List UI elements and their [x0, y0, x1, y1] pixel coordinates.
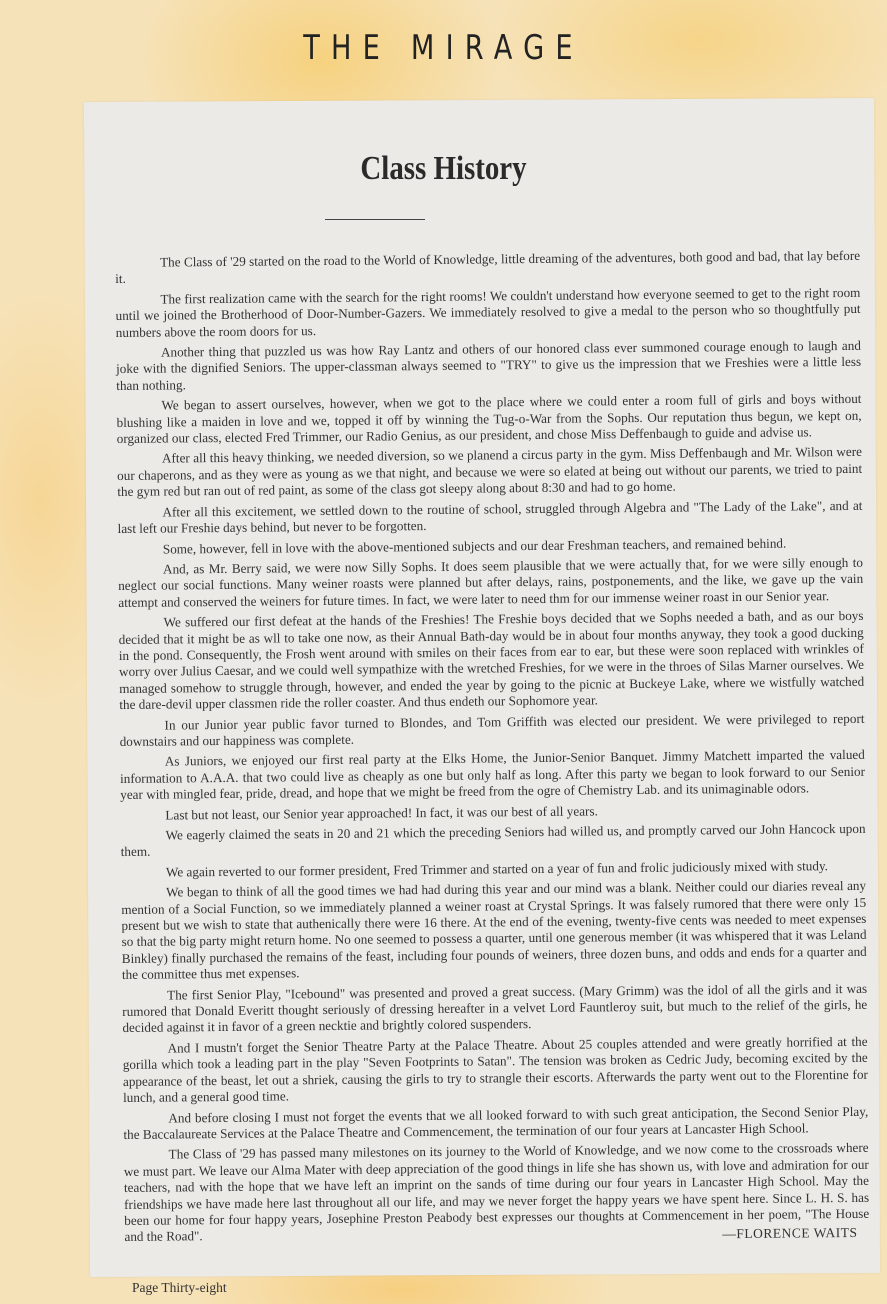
paragraph: Last but not least, our Senior year appr…	[120, 800, 865, 824]
paragraph: Another thing that puzzled us was how Ra…	[116, 338, 861, 394]
yearbook-header-title: THE MIRAGE	[89, 28, 799, 68]
title-divider	[325, 219, 423, 220]
paragraph: The Class of '29 started on the road to …	[115, 248, 860, 288]
paragraph: After all this excitement, we settled do…	[117, 498, 862, 538]
paragraph: The first realization came with the sear…	[115, 285, 860, 341]
paragraph: We began to think of all the good times …	[121, 878, 867, 984]
paragraph: The first Senior Play, "Icebound" was pr…	[122, 980, 867, 1036]
article-body: The Class of '29 started on the road to …	[115, 248, 869, 1248]
paragraph: We again reverted to our former presiden…	[121, 858, 866, 882]
paragraph: And I mustn't forget the Senior Theatre …	[123, 1034, 869, 1107]
paragraph: After all this heavy thinking, we needed…	[117, 444, 862, 500]
paragraph: Some, however, fell in love with the abo…	[118, 534, 863, 558]
paragraph: We suffered our first defeat at the hand…	[118, 608, 864, 714]
paragraph: We eagerly claimed the seats in 20 and 2…	[121, 821, 866, 861]
paragraph: As Juniors, we enjoyed our first real pa…	[120, 747, 865, 803]
paragraph: In our Junior year public favor turned t…	[119, 710, 864, 750]
paragraph: We began to assert ourselves, however, w…	[116, 391, 861, 447]
paragraph: And, as Mr. Berry said, we were now Sill…	[118, 555, 863, 611]
page-number: Page Thirty-eight	[132, 1280, 227, 1296]
paragraph: And before closing I must not forget the…	[123, 1103, 868, 1143]
article-title: Class History	[67, 150, 821, 188]
